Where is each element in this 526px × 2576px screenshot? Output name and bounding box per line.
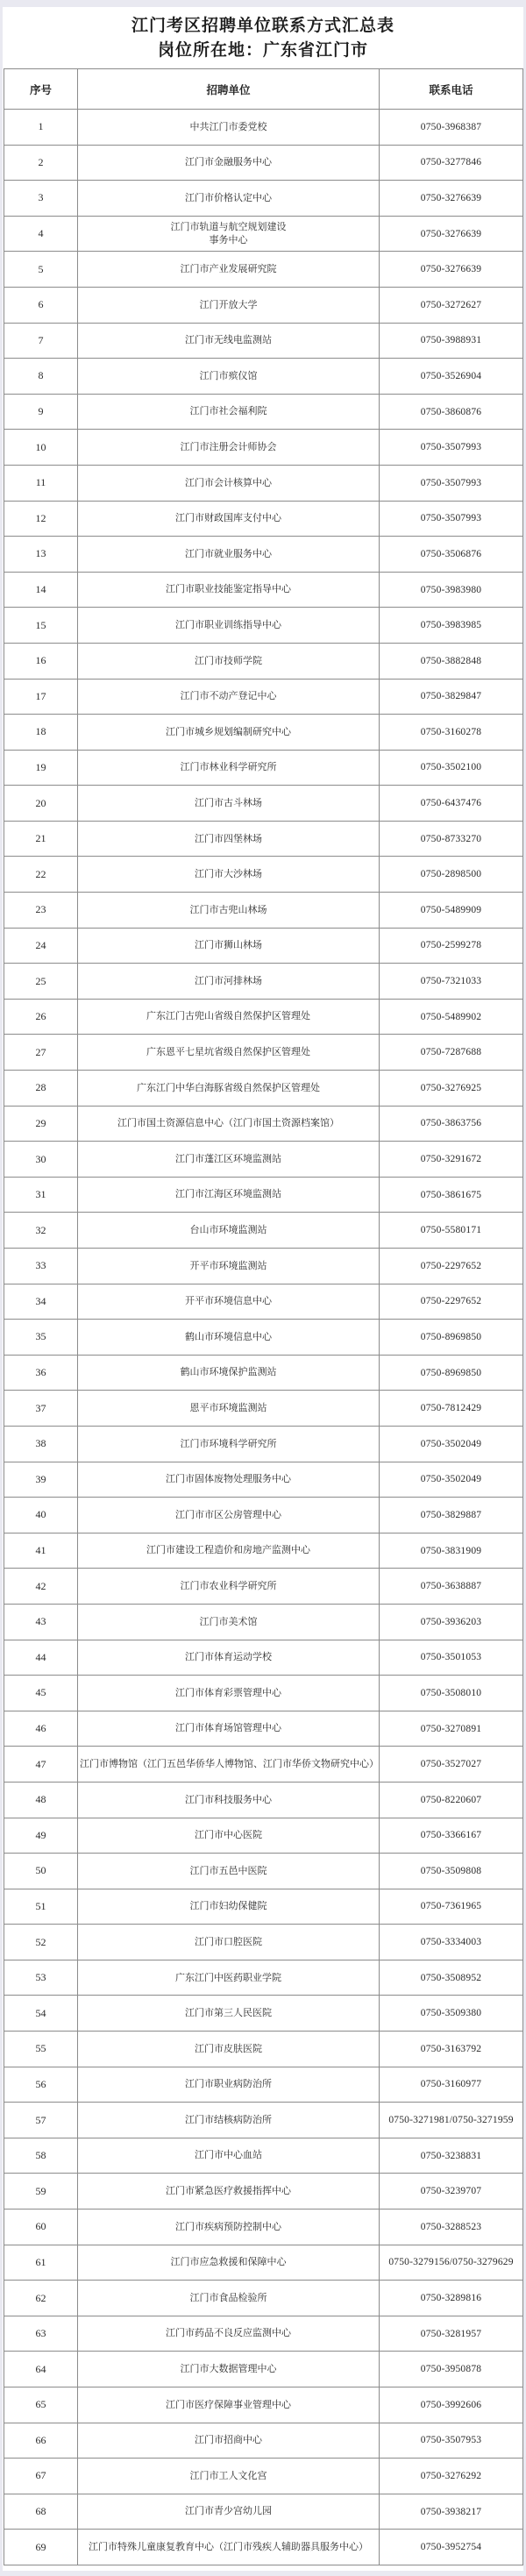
unit-name: 江门市中心血站 [78,2138,380,2174]
table-row: 42 江门市农业科学研究所 0750-3638887 [4,1569,523,1605]
row-index: 69 [4,2530,78,2565]
row-index: 26 [4,999,78,1035]
row-index: 48 [4,1782,78,1818]
table-row: 18 江门市城乡规划编制研究中心 0750-3160278 [4,715,523,751]
unit-name: 江门市体育场馆管理中心 [78,1711,380,1747]
table-row: 53 广东江门中医药职业学院 0750-3508952 [4,1960,523,1996]
row-index: 7 [4,323,78,359]
unit-name: 江门市财政国库支付中心 [78,501,380,537]
unit-name: 江门市口腔医院 [78,1925,380,1960]
phone-number: 0750-2297652 [380,1249,523,1284]
unit-name: 江门市疾病预防控制中心 [78,2210,380,2245]
table-row: 46 江门市体育场馆管理中心 0750-3270891 [4,1711,523,1747]
unit-name: 江门市应急救援和保障中心 [78,2245,380,2281]
row-index: 68 [4,2494,78,2530]
phone-number: 0750-3270891 [380,1711,523,1747]
row-index: 39 [4,1462,78,1498]
unit-name: 恩平市环境监测站 [78,1391,380,1427]
table-row: 20 江门市古斗林场 0750-6437476 [4,786,523,822]
phone-number: 0750-7321033 [380,964,523,1000]
unit-name: 江门市国土资源信息中心（江门市国土资源档案馆） [78,1106,380,1142]
col-header-unit: 招聘单位 [78,69,380,110]
row-index: 44 [4,1640,78,1676]
row-index: 55 [4,2032,78,2067]
unit-name: 广东江门古兜山省级自然保护区管理处 [78,999,380,1035]
row-index: 14 [4,572,78,608]
unit-name: 江门市医疗保障事业管理中心 [78,2387,380,2423]
phone-number: 0750-3992606 [380,2387,523,2423]
table-row: 36 鹤山市环境保护监测站 0750-8969850 [4,1355,523,1391]
phone-number: 0750-3968387 [380,110,523,146]
phone-number: 0750-3507993 [380,501,523,537]
phone-number: 0750-3366167 [380,1818,523,1854]
row-index: 25 [4,964,78,1000]
unit-name: 江门市殡仪馆 [78,359,380,395]
unit-name: 江门市社会福利院 [78,394,380,430]
table-row: 52 江门市口腔医院 0750-3334003 [4,1925,523,1960]
unit-name: 江门市体育彩票管理中心 [78,1676,380,1711]
unit-name: 江门市青少宫幼儿园 [78,2494,380,2530]
unit-name: 中共江门市委党校 [78,110,380,146]
table-header-row: 序号 招聘单位 联系电话 [4,69,523,110]
phone-number: 0750-3288523 [380,2210,523,2245]
row-index: 19 [4,750,78,786]
table-row: 22 江门市大沙林场 0750-2898500 [4,857,523,893]
row-index: 43 [4,1604,78,1640]
phone-number: 0750-7287688 [380,1035,523,1071]
unit-name: 台山市环境监测站 [78,1213,380,1249]
phone-number: 0750-3983985 [380,608,523,644]
row-index: 38 [4,1426,78,1462]
row-index: 32 [4,1213,78,1249]
row-index: 30 [4,1142,78,1178]
table-row: 41 江门市建设工程造价和房地产监测中心 0750-3831909 [4,1533,523,1569]
phone-number: 0750-3277846 [380,145,523,181]
unit-name: 江门市工人文化宫 [78,2459,380,2494]
unit-name: 鹤山市环境信息中心 [78,1320,380,1356]
table-row: 1 中共江门市委党校 0750-3968387 [4,110,523,146]
row-index: 10 [4,430,78,466]
table-row: 63 江门市药品不良反应监测中心 0750-3281957 [4,2316,523,2352]
phone-number: 0750-8969850 [380,1320,523,1356]
unit-name: 江门市技师学院 [78,643,380,679]
phone-number: 0750-3501053 [380,1640,523,1676]
phone-number: 0750-3509380 [380,1996,523,2032]
row-index: 5 [4,252,78,288]
phone-number: 0750-3272627 [380,287,523,323]
row-index: 47 [4,1747,78,1783]
phone-number: 0750-3983980 [380,572,523,608]
phone-number: 0750-3334003 [380,1925,523,1960]
table-row: 23 江门市古兜山林场 0750-5489909 [4,893,523,929]
row-index: 37 [4,1391,78,1427]
phone-number: 0750-2599278 [380,928,523,964]
unit-name: 江门市会计核算中心 [78,465,380,501]
table-row: 37 恩平市环境监测站 0750-7812429 [4,1391,523,1427]
unit-name: 江门市结核病防治所 [78,2103,380,2138]
row-index: 1 [4,110,78,146]
title-line-1: 江门考区招聘单位联系方式汇总表 [3,14,523,39]
unit-name: 江门市五邑中医院 [78,1854,380,1889]
table-row: 35 鹤山市环境信息中心 0750-8969850 [4,1320,523,1356]
table-row: 55 江门市皮肤医院 0750-3163792 [4,2032,523,2067]
phone-number: 0750-3882848 [380,643,523,679]
table-row: 30 江门市蓬江区环境监测站 0750-3291672 [4,1142,523,1178]
table-row: 62 江门市食品检验所 0750-3289816 [4,2281,523,2316]
table-row: 39 江门市固体废物处理服务中心 0750-3502049 [4,1462,523,1498]
unit-name: 江门开放大学 [78,287,380,323]
table-row: 15 江门市职业训练指导中心 0750-3983985 [4,608,523,644]
row-index: 4 [4,216,78,252]
unit-name: 江门市不动产登记中心 [78,679,380,715]
table-row: 47 江门市博物馆（江门五邑华侨华人博物馆、江门市华侨文物研究中心） 0750-… [4,1747,523,1783]
phone-number: 0750-3506876 [380,537,523,573]
phone-number: 0750-3507993 [380,465,523,501]
phone-number: 0750-3526904 [380,359,523,395]
row-index: 6 [4,287,78,323]
title-line-2: 岗位所在地：广东省江门市 [3,39,523,63]
unit-name: 开平市环境监测站 [78,1249,380,1284]
unit-name: 江门市药品不良反应监测中心 [78,2316,380,2352]
phone-number: 0750-3829847 [380,679,523,715]
phone-number: 0750-2297652 [380,1284,523,1320]
table-body: 1 中共江门市委党校 0750-3968387 2 江门市金融服务中心 0750… [4,110,523,2565]
phone-number: 0750-3527027 [380,1747,523,1783]
row-index: 46 [4,1711,78,1747]
phone-number: 0750-7812429 [380,1391,523,1427]
unit-name: 江门市就业服务中心 [78,537,380,573]
unit-name: 江门市科技服务中心 [78,1782,380,1818]
phone-number: 0750-3271981/0750-3271959 [380,2103,523,2138]
table-row: 4 江门市轨道与航空规划建设 事务中心 0750-3276639 [4,216,523,252]
row-index: 59 [4,2174,78,2210]
phone-number: 0750-3238831 [380,2138,523,2174]
unit-name: 江门市河排林场 [78,964,380,1000]
col-header-phone: 联系电话 [380,69,523,110]
table-row: 65 江门市医疗保障事业管理中心 0750-3992606 [4,2387,523,2423]
row-index: 27 [4,1035,78,1071]
unit-name: 江门市博物馆（江门五邑华侨华人博物馆、江门市华侨文物研究中心） [78,1747,380,1783]
unit-name: 江门市妇幼保健院 [78,1889,380,1925]
unit-name: 广东江门中医药职业学院 [78,1960,380,1996]
table-row: 40 江门市市区公房管理中心 0750-3829887 [4,1498,523,1534]
phone-number: 0750-3276639 [380,252,523,288]
unit-name: 江门市第三人民医院 [78,1996,380,2032]
table-row: 66 江门市招商中心 0750-3507953 [4,2423,523,2459]
unit-name: 江门市产业发展研究院 [78,252,380,288]
table-row: 19 江门市林业科学研究所 0750-3502100 [4,750,523,786]
table-row: 59 江门市紧急医疗救援指挥中心 0750-3239707 [4,2174,523,2210]
phone-number: 0750-3936203 [380,1604,523,1640]
row-index: 60 [4,2210,78,2245]
row-index: 51 [4,1889,78,1925]
table-row: 34 开平市环境信息中心 0750-2297652 [4,1284,523,1320]
row-index: 3 [4,181,78,217]
table-row: 25 江门市河排林场 0750-7321033 [4,964,523,1000]
row-index: 61 [4,2245,78,2281]
row-index: 35 [4,1320,78,1356]
table-row: 31 江门市江海区环境监测站 0750-3861675 [4,1177,523,1213]
phone-number: 0750-2898500 [380,857,523,893]
unit-name: 江门市中心医院 [78,1818,380,1854]
table-row: 14 江门市职业技能鉴定指导中心 0750-3983980 [4,572,523,608]
table-row: 67 江门市工人文化宫 0750-3276292 [4,2459,523,2494]
table-row: 26 广东江门古兜山省级自然保护区管理处 0750-5489902 [4,999,523,1035]
phone-number: 0750-3276925 [380,1071,523,1107]
phone-number: 0750-3163792 [380,2032,523,2067]
unit-name: 鹤山市环境保护监测站 [78,1355,380,1391]
phone-number: 0750-3502049 [380,1426,523,1462]
unit-name: 江门市招商中心 [78,2423,380,2459]
phone-number: 0750-7361965 [380,1889,523,1925]
phone-number: 0750-3508010 [380,1676,523,1711]
phone-number: 0750-3160278 [380,715,523,751]
table-row: 11 江门市会计核算中心 0750-3507993 [4,465,523,501]
table-row: 68 江门市青少宫幼儿园 0750-3938217 [4,2494,523,2530]
phone-number: 0750-3279156/0750-3279629 [380,2245,523,2281]
row-index: 29 [4,1106,78,1142]
row-index: 41 [4,1533,78,1569]
row-index: 63 [4,2316,78,2352]
table-row: 28 广东江门中华白海豚省级自然保护区管理处 0750-3276925 [4,1071,523,1107]
phone-number: 0750-3239707 [380,2174,523,2210]
row-index: 23 [4,893,78,929]
table-row: 9 江门市社会福利院 0750-3860876 [4,394,523,430]
unit-name: 江门市四堡林场 [78,821,380,857]
table-row: 12 江门市财政国库支付中心 0750-3507993 [4,501,523,537]
contact-table: 序号 招聘单位 联系电话 1 中共江门市委党校 0750-3968387 2 [4,68,523,2565]
row-index: 22 [4,857,78,893]
row-index: 31 [4,1177,78,1213]
table-row: 38 江门市环境科学研究所 0750-3502049 [4,1426,523,1462]
unit-name: 江门市古兜山林场 [78,893,380,929]
row-index: 53 [4,1960,78,1996]
table-row: 10 江门市注册会计师协会 0750-3507993 [4,430,523,466]
unit-name: 江门市特殊儿童康复教育中心（江门市残疾人辅助器具服务中心） [78,2530,380,2565]
row-index: 21 [4,821,78,857]
table-row: 21 江门市四堡林场 0750-8733270 [4,821,523,857]
unit-name: 江门市食品检验所 [78,2281,380,2316]
row-index: 34 [4,1284,78,1320]
phone-number: 0750-3502100 [380,750,523,786]
table-row: 54 江门市第三人民医院 0750-3509380 [4,1996,523,2032]
col-header-index: 序号 [4,69,78,110]
row-index: 58 [4,2138,78,2174]
row-index: 11 [4,465,78,501]
phone-number: 0750-3507993 [380,430,523,466]
row-index: 24 [4,928,78,964]
table-row: 51 江门市妇幼保健院 0750-7361965 [4,1889,523,1925]
row-index: 8 [4,359,78,395]
unit-name: 江门市金融服务中心 [78,145,380,181]
phone-number: 0750-3507953 [380,2423,523,2459]
row-index: 65 [4,2387,78,2423]
table-row: 45 江门市体育彩票管理中心 0750-3508010 [4,1676,523,1711]
unit-name: 江门市大沙林场 [78,857,380,893]
row-index: 2 [4,145,78,181]
unit-name: 江门市固体废物处理服务中心 [78,1462,380,1498]
table-row: 17 江门市不动产登记中心 0750-3829847 [4,679,523,715]
unit-name: 江门市环境科学研究所 [78,1426,380,1462]
table-row: 57 江门市结核病防治所 0750-3271981/0750-3271959 [4,2103,523,2138]
document-title: 江门考区招聘单位联系方式汇总表 岗位所在地：广东省江门市 [3,7,523,63]
row-index: 40 [4,1498,78,1534]
unit-name: 江门市市区公房管理中心 [78,1498,380,1534]
phone-number: 0750-8969850 [380,1355,523,1391]
table-row: 60 江门市疾病预防控制中心 0750-3288523 [4,2210,523,2245]
phone-number: 0750-5489902 [380,999,523,1035]
unit-name: 广东恩平七星坑省级自然保护区管理处 [78,1035,380,1071]
unit-name: 江门市狮山林场 [78,928,380,964]
row-index: 57 [4,2103,78,2138]
table-row: 50 江门市五邑中医院 0750-3509808 [4,1854,523,1889]
table-row: 58 江门市中心血站 0750-3238831 [4,2138,523,2174]
row-index: 15 [4,608,78,644]
unit-name: 江门市职业技能鉴定指导中心 [78,572,380,608]
row-index: 62 [4,2281,78,2316]
phone-number: 0750-3281957 [380,2316,523,2352]
phone-number: 0750-3860876 [380,394,523,430]
table-row: 24 江门市狮山林场 0750-2599278 [4,928,523,964]
document-page: 江门考区招聘单位联系方式汇总表 岗位所在地：广东省江门市 序号 招聘单位 联系电… [3,7,523,2571]
phone-number: 0750-3508952 [380,1960,523,1996]
table-header: 序号 招聘单位 联系电话 [4,69,523,110]
row-index: 28 [4,1071,78,1107]
phone-number: 0750-3861675 [380,1177,523,1213]
table-row: 5 江门市产业发展研究院 0750-3276639 [4,252,523,288]
unit-name: 江门市职业病防治所 [78,2067,380,2103]
phone-number: 0750-5580171 [380,1213,523,1249]
row-index: 33 [4,1249,78,1284]
row-index: 52 [4,1925,78,1960]
phone-number: 0750-3831909 [380,1533,523,1569]
phone-number: 0750-3160977 [380,2067,523,2103]
unit-name: 江门市蓬江区环境监测站 [78,1142,380,1178]
table-row: 69 江门市特殊儿童康复教育中心（江门市残疾人辅助器具服务中心） 0750-39… [4,2530,523,2565]
unit-name: 江门市皮肤医院 [78,2032,380,2067]
unit-name: 江门市美术馆 [78,1604,380,1640]
row-index: 18 [4,715,78,751]
phone-number: 0750-3952754 [380,2530,523,2565]
table-row: 29 江门市国土资源信息中心（江门市国土资源档案馆） 0750-3863756 [4,1106,523,1142]
row-index: 54 [4,1996,78,2032]
unit-name: 江门市江海区环境监测站 [78,1177,380,1213]
row-index: 50 [4,1854,78,1889]
row-index: 20 [4,786,78,822]
table-row: 8 江门市殡仪馆 0750-3526904 [4,359,523,395]
phone-number: 0750-8220607 [380,1782,523,1818]
table-row: 61 江门市应急救援和保障中心 0750-3279156/0750-327962… [4,2245,523,2281]
phone-number: 0750-3938217 [380,2494,523,2530]
table-row: 43 江门市美术馆 0750-3936203 [4,1604,523,1640]
phone-number: 0750-3863756 [380,1106,523,1142]
row-index: 67 [4,2459,78,2494]
row-index: 16 [4,643,78,679]
phone-number: 0750-3950878 [380,2352,523,2387]
unit-name: 江门市注册会计师协会 [78,430,380,466]
unit-name: 江门市体育运动学校 [78,1640,380,1676]
unit-name: 江门市无线电监测站 [78,323,380,359]
row-index: 66 [4,2423,78,2459]
table-row: 49 江门市中心医院 0750-3366167 [4,1818,523,1854]
table-row: 44 江门市体育运动学校 0750-3501053 [4,1640,523,1676]
table-row: 64 江门市大数据管理中心 0750-3950878 [4,2352,523,2387]
phone-number: 0750-3502049 [380,1462,523,1498]
row-index: 36 [4,1355,78,1391]
table-row: 16 江门市技师学院 0750-3882848 [4,643,523,679]
table-row: 32 台山市环境监测站 0750-5580171 [4,1213,523,1249]
phone-number: 0750-3291672 [380,1142,523,1178]
unit-name: 开平市环境信息中心 [78,1284,380,1320]
unit-name: 江门市农业科学研究所 [78,1569,380,1605]
unit-name: 江门市价格认定中心 [78,181,380,217]
unit-name: 江门市古斗林场 [78,786,380,822]
unit-name: 江门市职业训练指导中心 [78,608,380,644]
phone-number: 0750-3988931 [380,323,523,359]
row-index: 9 [4,394,78,430]
row-index: 64 [4,2352,78,2387]
phone-number: 0750-3276292 [380,2459,523,2494]
phone-number: 0750-3276639 [380,181,523,217]
unit-name: 江门市城乡规划编制研究中心 [78,715,380,751]
table-row: 27 广东恩平七星坑省级自然保护区管理处 0750-7287688 [4,1035,523,1071]
table-row: 7 江门市无线电监测站 0750-3988931 [4,323,523,359]
phone-number: 0750-5489909 [380,893,523,929]
table-row: 33 开平市环境监测站 0750-2297652 [4,1249,523,1284]
unit-name: 江门市紧急医疗救援指挥中心 [78,2174,380,2210]
row-index: 49 [4,1818,78,1854]
row-index: 45 [4,1676,78,1711]
row-index: 17 [4,679,78,715]
unit-name: 广东江门中华白海豚省级自然保护区管理处 [78,1071,380,1107]
unit-name: 江门市大数据管理中心 [78,2352,380,2387]
phone-number: 0750-6437476 [380,786,523,822]
row-index: 13 [4,537,78,573]
screenshot-canvas: 江门考区招聘单位联系方式汇总表 岗位所在地：广东省江门市 序号 招聘单位 联系电… [0,0,526,2576]
table-row: 13 江门市就业服务中心 0750-3506876 [4,537,523,573]
unit-name: 江门市建设工程造价和房地产监测中心 [78,1533,380,1569]
table-row: 6 江门开放大学 0750-3272627 [4,287,523,323]
phone-number: 0750-3276639 [380,216,523,252]
phone-number: 0750-3289816 [380,2281,523,2316]
phone-number: 0750-8733270 [380,821,523,857]
phone-number: 0750-3638887 [380,1569,523,1605]
row-index: 12 [4,501,78,537]
phone-number: 0750-3509808 [380,1854,523,1889]
table-row: 2 江门市金融服务中心 0750-3277846 [4,145,523,181]
unit-name: 江门市轨道与航空规划建设 事务中心 [78,216,380,252]
table-row: 48 江门市科技服务中心 0750-8220607 [4,1782,523,1818]
unit-name: 江门市林业科学研究所 [78,750,380,786]
phone-number: 0750-3829887 [380,1498,523,1534]
row-index: 42 [4,1569,78,1605]
table-row: 56 江门市职业病防治所 0750-3160977 [4,2067,523,2103]
row-index: 56 [4,2067,78,2103]
table-row: 3 江门市价格认定中心 0750-3276639 [4,181,523,217]
